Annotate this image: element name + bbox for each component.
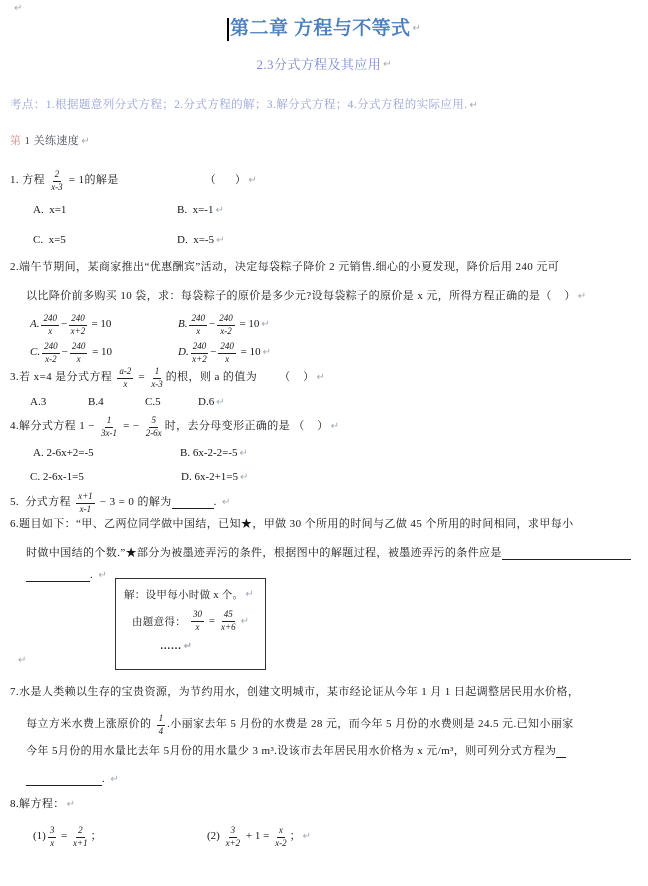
q1-option-b-text: B. x=-1 [177,204,213,217]
question-7-line2: 每立方米水费上涨原价的 14 .小丽家去年 5 月份的水费是 28 元，而今年 … [26,712,574,738]
section-heading: 第 1 关练速度 ↵ [10,135,90,148]
frac-den: x+6 [220,622,237,633]
q6-text-2: 时做中国结的个数.”★部分为被墨迹弄污的条件，根据图中的解题过程，被墨迹弄污的条… [26,547,502,560]
q2-option-b-frac2: 240x-2 [217,313,235,337]
pilcrow-icon: ↵ [261,319,269,331]
frac-num: 45 [222,609,235,621]
q3-text: 3.若 x=4 是分式方程 [10,371,115,384]
q4-fraction-2: 52-6x [145,415,163,439]
chapter-title: 第二章 方程与不等式 [230,18,410,41]
q2-option-b-label: B. [178,318,187,331]
q3-fraction-2: 1x-3 [150,366,164,390]
q8-header-text: 8.解方程： [10,798,65,811]
frac-num: 240 [189,313,207,325]
q7-text-2a: 每立方米水费上涨原价的 [26,718,155,731]
q2-option-a-frac2: 240x+2 [69,313,87,337]
frac-den: x-2 [219,326,233,337]
solution-setup-text: 解：设甲每小时做 x 个。 [124,587,243,602]
q8-item-1-label: (1) [33,830,46,843]
q8-item-1: (1) 3x = 2x+1 ； [33,822,102,852]
solution-box: 解：设甲每小时做 x 个。 ↵ 由题意得： 30x = 45x+6 ↵ …… ↵ [115,578,266,670]
question-2-line2: 以比降价前多购买 10 袋，求：每袋粽子的原价是多少元?设每袋粽子的原价是 x … [26,290,586,303]
pilcrow-icon: ↵ [216,397,224,409]
q3-option-d-text: D.6 [198,396,214,409]
pilcrow-icon: ↵ [81,136,89,148]
frac-num: 1 [105,415,114,427]
q1-option-c: C. x=5 [33,234,66,247]
frac-num: x [277,825,285,837]
q2-option-b: B. 240x − 240x-2 = 10 ↵ [178,310,270,340]
frac-num: 3 [48,825,57,837]
pilcrow-icon: ↵ [241,616,249,627]
q5-period: . [214,496,220,509]
chapter-title-line: 第二章 方程与不等式 ↵ [0,14,648,44]
question-6-line2: 时做中国结的个数.”★部分为被墨迹弄污的条件，根据图中的解题过程，被墨迹弄污的条… [26,547,631,560]
q3-option-a: A.3 [30,396,46,409]
q3-option-c-text: C.5 [145,396,161,409]
equals-sign: = [206,616,218,627]
pilcrow-icon: ↵ [240,448,248,460]
q6-text-1: 6.题目如下：“甲、乙两位同学做中国结，已知★，甲做 30 个所用的时间与乙做 … [10,518,574,531]
frac-num: 3 [229,825,238,837]
q2-option-c-label: C. [30,346,40,359]
equals-sign: = [135,371,148,384]
kaodian-line: 考点：1.根据题意列分式方程；2.分式方程的解；3.解分式方程；4.分式方程的实… [10,99,478,113]
q2-option-a-rhs: = 10 [89,318,112,331]
q5-fraction: x+1x-1 [76,491,95,515]
q6-period: . [90,569,96,582]
frac-num: 1 [153,366,162,378]
q5-text-post: − 3 = 0 的解为 [97,496,172,509]
q2-option-c-frac1: 240x-2 [42,341,60,365]
frac-den: x+2 [225,838,242,849]
pilcrow-icon: ↵ [98,570,106,582]
equals-sign: = [58,830,70,843]
minus-sign: − [209,318,215,331]
frac-num: 240 [218,341,236,353]
pilcrow-icon: ↵ [216,235,224,247]
q3-option-b: B.4 [88,396,104,409]
section-heading-prefix: 第 [10,135,21,148]
pilcrow-icon: ↵ [184,641,192,652]
q8-item-2-frac2: xx-2 [274,825,288,849]
q5-text: 5. 分式方程 [10,496,74,509]
q8-item-2-frac1: 3x+2 [225,825,242,849]
answer-blank [26,570,90,582]
q4-text-post: 时，去分母变形正确的是 [165,420,294,433]
q2-option-c-rhs: = 10 [89,346,112,359]
question-7-line3: 今年 5月份的用水量比去年 5月份的用水量少 3 m³.设该市去年居民用水价格为… [26,745,566,758]
q2-option-b-frac1: 240x [189,313,207,337]
q4-option-b-text: B. 6x-2-2=-5 [180,447,238,460]
q2-option-d-rhs: = 10 [238,346,261,359]
q7-text-2b: .小丽家去年 5 月份的水费是 28 元，而今年 5 月份的水费则是 24.5 … [167,718,574,731]
question-6-line1: 6.题目如下：“甲、乙两位同学做中国结，已知★，甲做 30 个所用的时间与乙做 … [10,518,574,531]
pilcrow-icon: ↵ [383,59,391,71]
q4-answer-paren: （ ） [293,420,328,433]
pilcrow-icon: ↵ [317,372,325,384]
q4-option-c-text: C. 2-6x-1=5 [30,471,84,484]
minus-sign: − [61,318,67,331]
pilcrow-icon: ↵ [215,205,223,217]
frac-num: 240 [69,313,87,325]
q1-fraction-num: 2 [53,169,62,181]
q3-option-a-text: A.3 [30,396,46,409]
q4-option-b: B. 6x-2-2=-5↵ [180,447,248,460]
q8-item-1-frac1: 3x [48,825,57,849]
question-2-line1: 2.端午节期间，某商家推出“优惠酬宾”活动，决定每袋粽子降价 2 元销售.细心的… [10,261,559,274]
frac-den: x-3 [150,379,164,390]
pilcrow-icon: ↵ [67,799,75,811]
q1-fraction: 2 x-3 [50,169,64,193]
document-page[interactable]: ↵ 第二章 方程与不等式 ↵ 2.3分式方程及其应用 ↵ 考点：1.根据题意列分… [0,0,648,886]
q2-option-d-frac2: 240x [218,341,236,365]
solution-box-line3: …… ↵ [160,641,192,652]
q2-option-c-frac2: 240x [70,341,88,365]
q3-text-post: 的根，则 a 的值为 [166,371,257,384]
frac-den: 3x-1 [100,428,118,439]
equals-sign: + 1 = [243,830,272,843]
q4-fraction-1: 13x-1 [100,415,118,439]
q8-item-2: (2) 3x+2 + 1 = xx-2 ； ↵ [207,822,311,852]
q1-option-a: A. x=1 [33,204,66,217]
q1-text: 1. 方程 [10,174,48,187]
question-8-header: 8.解方程： ↵ [10,798,75,811]
pilcrow-icon: ↵ [331,421,339,433]
q4-option-a: A. 2-6x+2=-5 [33,447,94,460]
q1-fraction-den: x-3 [50,182,64,193]
q1-option-b: B. x=-1↵ [177,204,224,217]
q2-option-d-label: D. [178,346,189,359]
q4-option-d: D. 6x-2+1=5↵ [181,471,248,484]
ellipsis-text: …… [160,641,182,652]
semicolon: ； [91,830,102,843]
frac-den: x-2 [274,838,288,849]
frac-num: x+1 [76,491,95,503]
frac-den: 4 [158,726,165,737]
minus-sign: − [62,346,68,359]
solution-box-line1: 解：设甲每小时做 x 个。 ↵ [124,587,254,602]
frac-num: a-2 [117,366,133,378]
pilcrow-icon: ↵ [578,291,586,303]
pilcrow-icon: ↵ [240,472,248,484]
q2-option-d-frac1: 240x+2 [191,341,209,365]
answer-blank [556,746,566,758]
frac-num: 240 [70,341,88,353]
pilcrow-icon: ↵ [412,23,420,35]
frac-num: 240 [41,313,59,325]
paragraph-mark: ↵ [16,655,26,667]
q3-option-b-text: B.4 [88,396,104,409]
q4-option-d-text: D. 6x-2+1=5 [181,471,238,484]
equals-sign: = − [120,420,143,433]
q3-option-c: C.5 [145,396,161,409]
q2-option-a: A. 240x − 240x+2 = 10 [30,310,111,340]
question-5: 5. 分式方程 x+1x-1 − 3 = 0 的解为 . ↵ [10,489,230,517]
q2-option-b-rhs: = 10 [237,318,260,331]
q7-fraction: 14 [157,713,166,737]
q3-answer-paren: （ ） [279,371,314,384]
q2-text-1: 2.端午节期间，某商家推出“优惠酬宾”活动，决定每袋粽子降价 2 元销售.细心的… [10,261,559,274]
pilcrow-icon: ↵ [245,589,253,600]
frac-den: x [122,379,128,390]
pilcrow-icon: ↵ [18,655,26,667]
question-6-line3: . ↵ [26,569,107,582]
section-heading-rest: 1 关练速度 [21,135,79,148]
q1-text-post: = 1的解是 [66,174,119,187]
q2-option-a-frac1: 240x [41,313,59,337]
question-4: 4.解分式方程 1 − 13x-1 = − 52-6x 时，去分母变形正确的是 … [10,412,339,442]
q4-option-a-text: A. 2-6x+2=-5 [33,447,94,460]
text-cursor [227,18,229,41]
q1-option-d: D. x=-5↵ [177,234,224,247]
q7-text-3: 今年 5月份的用水量比去年 5月份的用水量少 3 m³.设该市去年居民用水价格为… [26,745,556,758]
q7-text-1: 7.水是人类赖以生存的宝贵资源，为节约用水，创建文明城市，某市经论证从今年 1 … [10,686,579,699]
q1-option-d-text: D. x=-5 [177,234,214,247]
pilcrow-icon: ↵ [303,831,311,843]
frac-den: x+1 [72,838,89,849]
solution-fraction-2: 45x+6 [220,609,237,633]
frac-num: 240 [217,313,235,325]
pilcrow-icon: ↵ [263,347,271,359]
pilcrow-icon: ↵ [469,100,477,112]
q1-option-a-text: A. x=1 [33,204,66,217]
solution-fraction-1: 30x [191,609,204,633]
answer-blank [26,774,102,786]
solution-box-line2: 由题意得： 30x = 45x+6 ↵ [132,607,249,635]
q2-option-a-label: A. [30,318,39,331]
frac-den: x-1 [79,504,93,515]
section-subtitle-line: 2.3分式方程及其应用 ↵ [0,57,648,73]
frac-num: 240 [42,341,60,353]
minus-sign: − [210,346,216,359]
q3-fraction-1: a-2x [117,366,133,390]
question-7-line1: 7.水是人类赖以生存的宝贵资源，为节约用水，创建文明城市，某市经论证从今年 1 … [10,686,579,699]
q4-text: 4.解分式方程 1 − [10,420,98,433]
semicolon: ； [290,830,301,843]
pilcrow-icon: ↵ [222,497,230,509]
kaodian-text: 考点：1.根据题意列分式方程；2.分式方程的解；3.解分式方程；4.分式方程的实… [10,99,467,113]
q2-text-2: 以比降价前多购买 10 袋，求：每袋粽子的原价是多少元?设每袋粽子的原价是 x … [26,290,576,303]
q8-item-1-frac2: 2x+1 [72,825,89,849]
question-3: 3.若 x=4 是分式方程 a-2x = 1x-3 的根，则 a 的值为 （ ）… [10,364,325,392]
frac-num: 5 [149,415,158,427]
q7-period: . [102,773,108,786]
frac-num: 2 [76,825,85,837]
frac-num: 1 [157,713,166,725]
question-1: 1. 方程 2 x-3 = 1的解是 （ ） ↵ [10,167,257,195]
frac-den: x [47,326,53,337]
frac-num: 30 [191,609,204,621]
pilcrow-icon: ↵ [248,175,256,187]
question-7-line4: . ↵ [26,773,119,786]
solution-equation-label: 由题意得： [132,614,189,629]
q1-answer-paren: （ ） [205,174,247,187]
frac-num: 240 [191,341,209,353]
section-subtitle: 2.3分式方程及其应用 [256,57,381,73]
q4-option-c: C. 2-6x-1=5 [30,471,84,484]
q3-option-d: D.6↵ [198,396,225,409]
q8-item-2-label: (2) [207,830,223,843]
frac-den: x [195,326,201,337]
frac-den: x [49,838,55,849]
frac-den: 2-6x [145,428,163,439]
q1-option-c-text: C. x=5 [33,234,66,247]
pilcrow-icon: ↵ [110,774,118,786]
frac-den: x+2 [70,326,87,337]
frac-den: x [194,622,200,633]
answer-blank [172,497,214,509]
answer-blank [502,548,631,560]
